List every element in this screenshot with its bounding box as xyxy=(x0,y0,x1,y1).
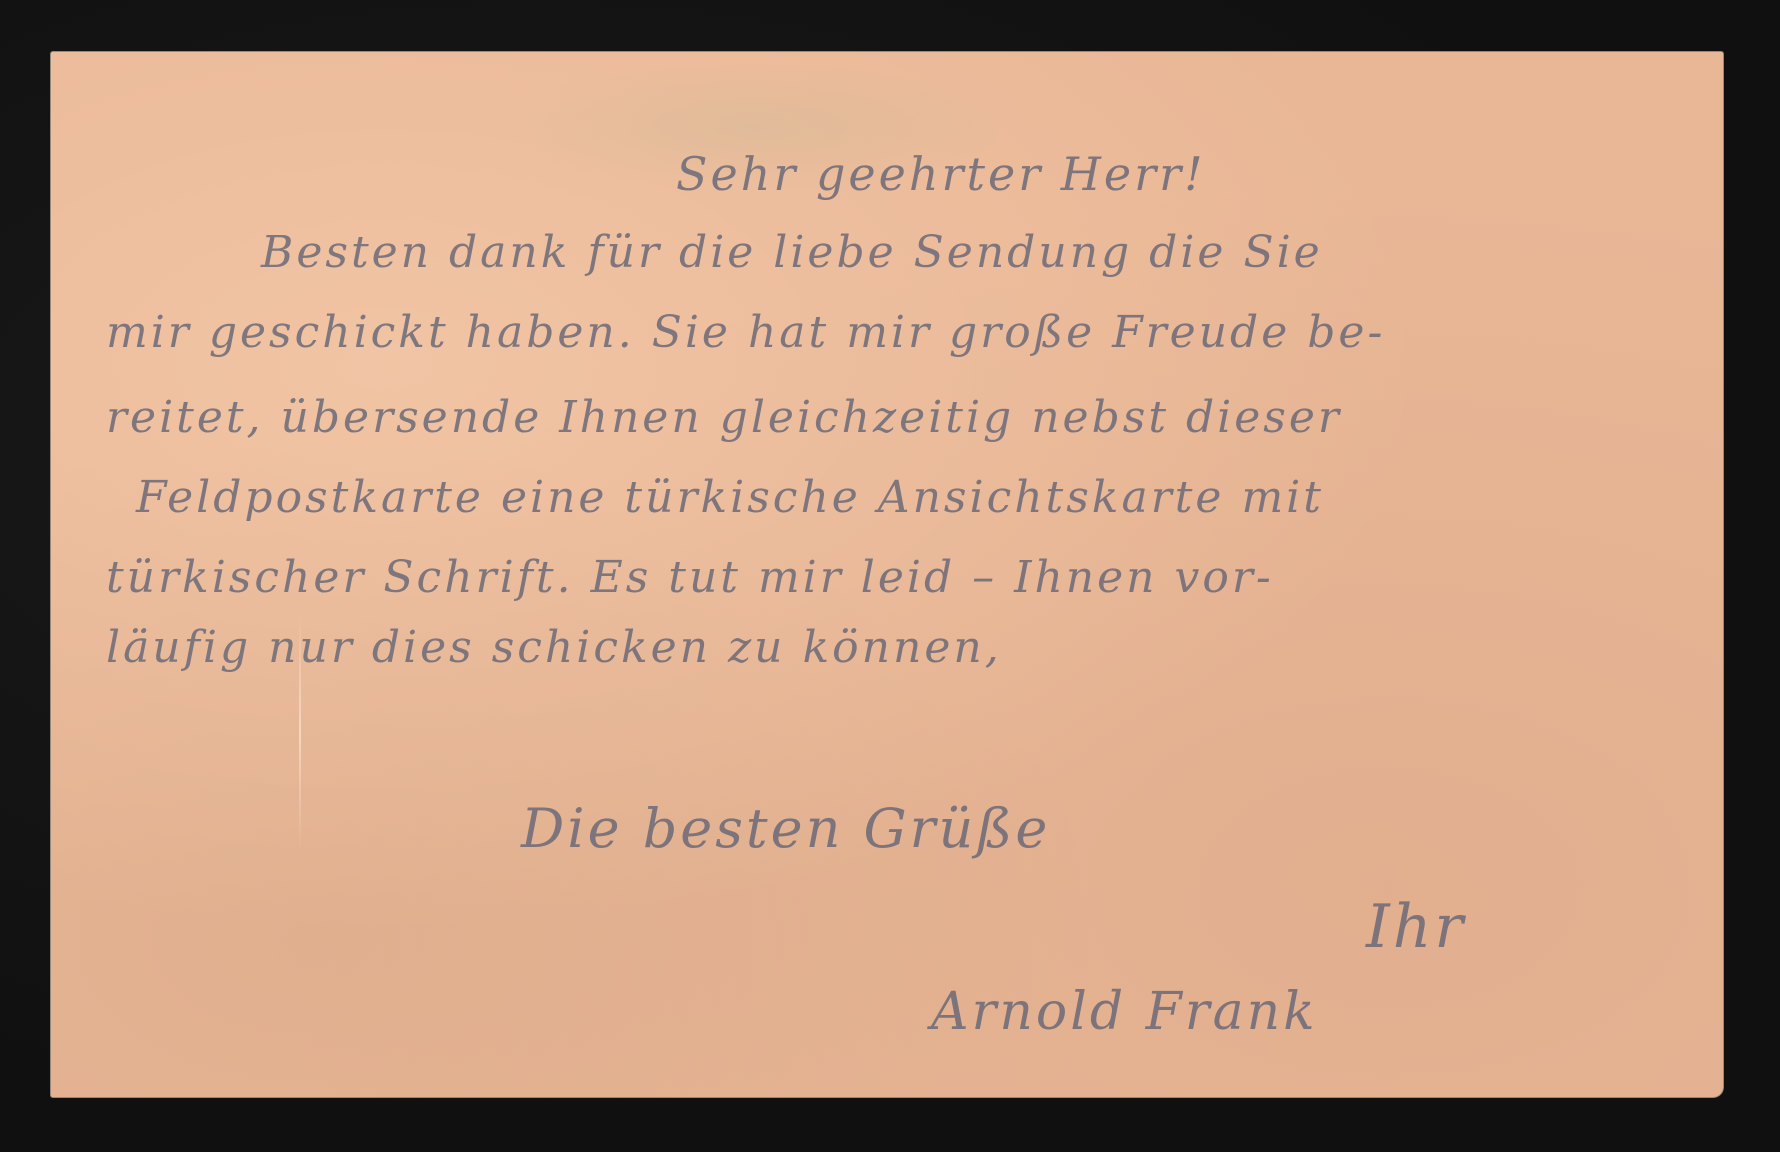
body-line: reitet, übersende Ihnen gleichzeitig neb… xyxy=(106,392,1342,443)
body-line: mir geschickt haben. Sie hat mir große F… xyxy=(106,307,1385,358)
body-line: türkischer Schrift. Es tut mir leid – Ih… xyxy=(106,552,1274,603)
signature: Arnold Frank xyxy=(931,982,1318,1042)
salutation: Sehr geehrter Herr! xyxy=(676,147,1206,201)
closing-ihr: Ihr xyxy=(1366,892,1466,962)
body-line: Feldpostkarte eine türkische Ansichtskar… xyxy=(136,472,1324,523)
closing: Die besten Grüße xyxy=(521,797,1050,860)
postcard: Sehr geehrter Herr! Besten dank für die … xyxy=(51,52,1723,1097)
body-line: läufig nur dies schicken zu können, xyxy=(106,622,1002,673)
body-line: Besten dank für die liebe Sendung die Si… xyxy=(261,227,1323,278)
